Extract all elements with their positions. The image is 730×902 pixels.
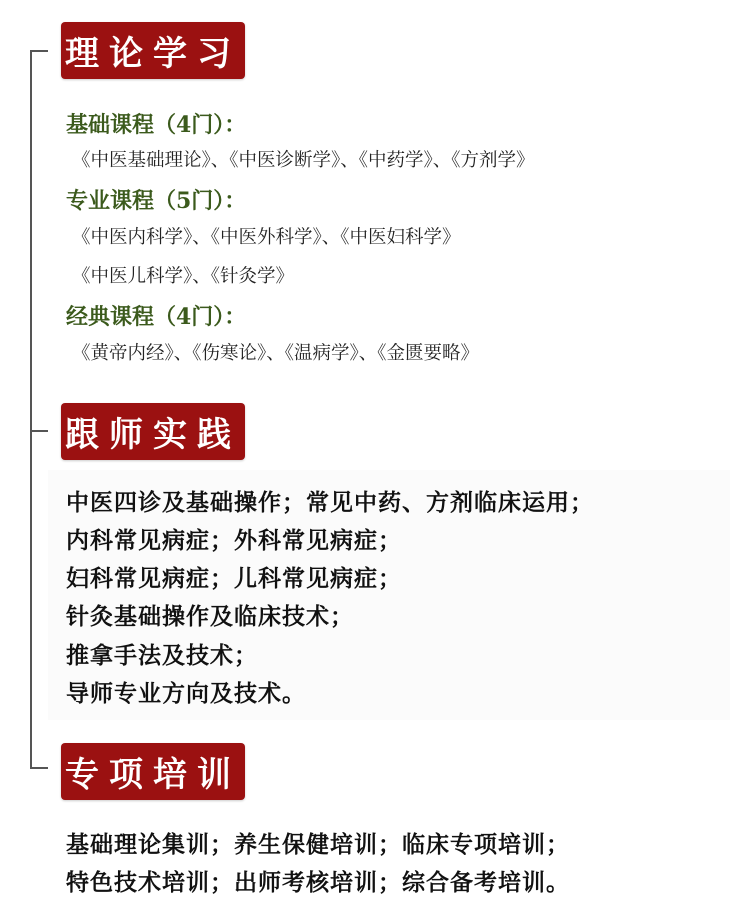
training-line: 基础理论集训；养生保健培训；临床专项培训； (66, 826, 570, 859)
course-line: 《黄帝内经》、《伤寒论》、《温病学》、《金匮要略》 (72, 339, 479, 365)
bracket-tick-3 (30, 767, 48, 769)
practice-line: 导师专业方向及技术。 (66, 675, 306, 708)
section-header-practice: 跟师实践 (61, 403, 245, 460)
training-line: 特色技术培训；出师考核培训；综合备考培训。 (66, 864, 570, 897)
course-line: 《中医内科学》、《中医外科学》、《中医妇科学》 (72, 223, 461, 249)
practice-line: 内科常见病症；外科常见病症； (66, 522, 402, 555)
subheading-basic-courses: 基础课程（4门）： (66, 108, 246, 139)
section-header-theory: 理论学习 (61, 22, 245, 79)
practice-line: 妇科常见病症；儿科常见病症； (66, 560, 402, 593)
practice-line: 推拿手法及技术； (66, 637, 258, 670)
course-line: 《中医基础理论》、《中医诊断学》、《中药学》、《方剂学》 (72, 146, 535, 172)
section-header-training: 专项培训 (61, 743, 245, 800)
bracket-tick-1 (30, 50, 48, 52)
subheading-classic-courses: 经典课程（4门）： (66, 300, 246, 331)
subheading-professional-courses: 专业课程（5门）： (66, 184, 246, 215)
course-line: 《中医儿科学》、《针灸学》 (72, 262, 294, 288)
bracket-line (30, 50, 32, 769)
practice-line: 中医四诊及基础操作；常见中药、方剂临床运用； (66, 484, 594, 517)
bracket-tick-2 (30, 430, 48, 432)
practice-line: 针灸基础操作及临床技术； (66, 598, 354, 631)
